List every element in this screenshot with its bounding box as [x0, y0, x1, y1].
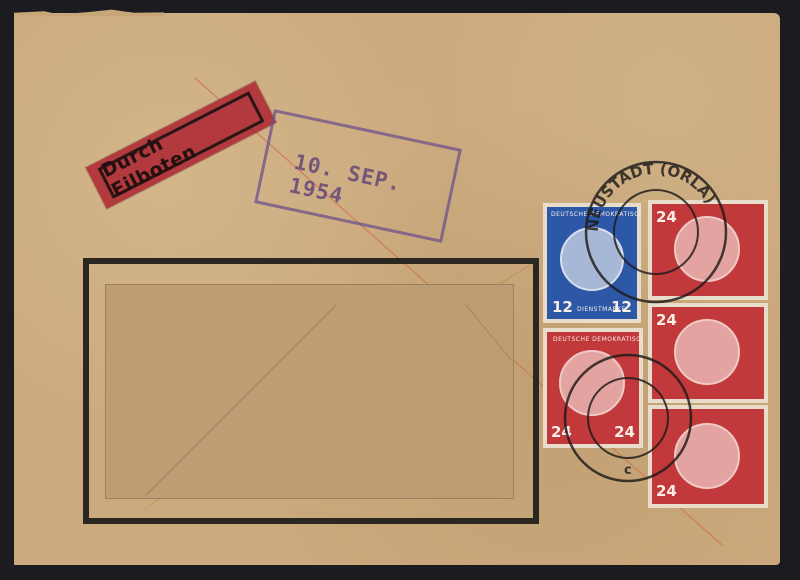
window-crease — [106, 285, 513, 498]
stamp-value: 24 — [656, 482, 677, 500]
coat-of-arms-emblem-icon — [559, 350, 625, 416]
stamp-12-blue: DEUTSCHE DEMOKRATISCHE REPUBLIK 12 12 DI… — [543, 203, 641, 323]
stamp-24-red: 24 — [648, 200, 768, 300]
stamp-24-red: 24 — [648, 405, 768, 508]
stamp-24-red: 24 — [648, 303, 768, 403]
stamp-footer: DIENSTMARKE — [577, 306, 626, 313]
stamp-value: 12 — [552, 298, 573, 316]
stamp-24-red: DEUTSCHE DEMOKRATISCHE REPUBLIK 24 24 — [543, 328, 643, 448]
stamp-value: 24 — [614, 423, 635, 441]
stamp-value: 24 — [551, 423, 572, 441]
coat-of-arms-emblem-icon — [674, 423, 740, 489]
address-window — [105, 284, 514, 499]
coat-of-arms-emblem-icon — [674, 216, 740, 282]
stamp-value: 24 — [656, 208, 677, 226]
coat-of-arms-emblem-icon — [560, 227, 624, 291]
stamp-value: 24 — [656, 311, 677, 329]
coat-of-arms-emblem-icon — [674, 319, 740, 385]
